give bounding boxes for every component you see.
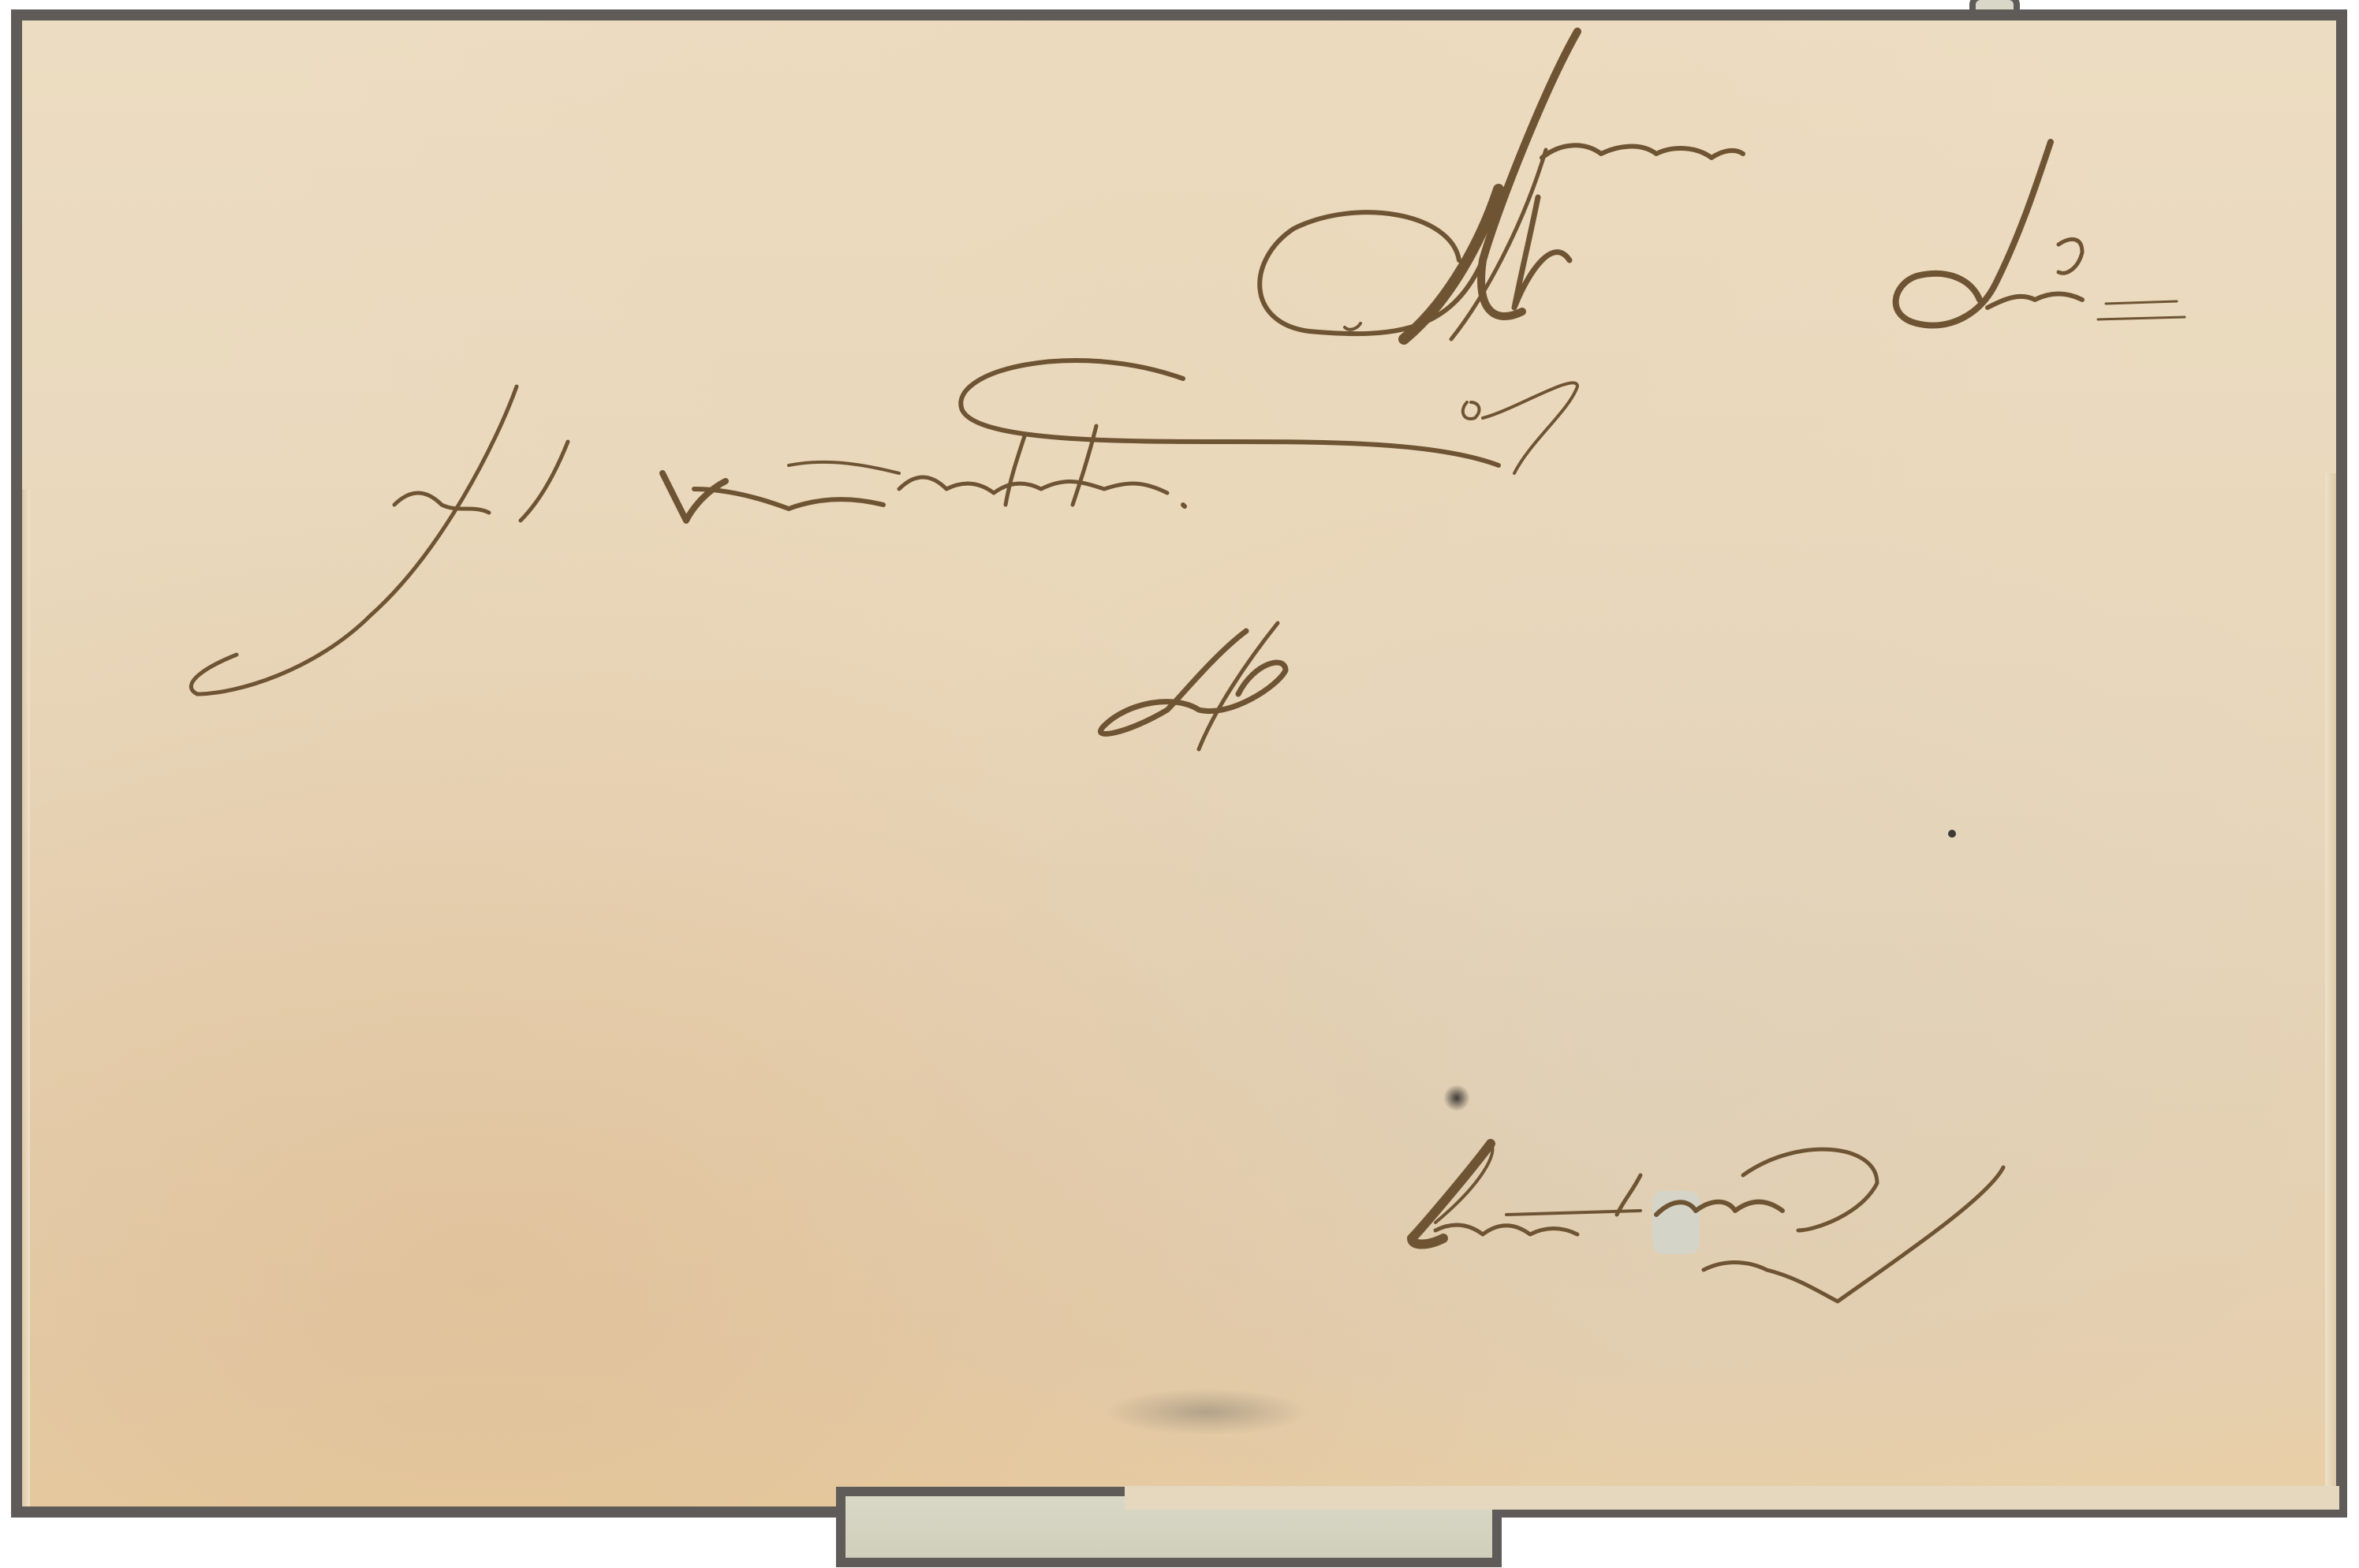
recipient-prefix-handwriting: [961, 360, 1577, 473]
recipient-name-handwriting: [191, 386, 1185, 694]
handwriting-layer: [0, 0, 2359, 1568]
salutation-illmo-handwriting: [1260, 32, 1743, 339]
salutation-snr-handwriting: [1345, 142, 2185, 330]
etc-mark-handwriting: [1100, 623, 1286, 749]
destination-handwriting: [1412, 1144, 2003, 1301]
